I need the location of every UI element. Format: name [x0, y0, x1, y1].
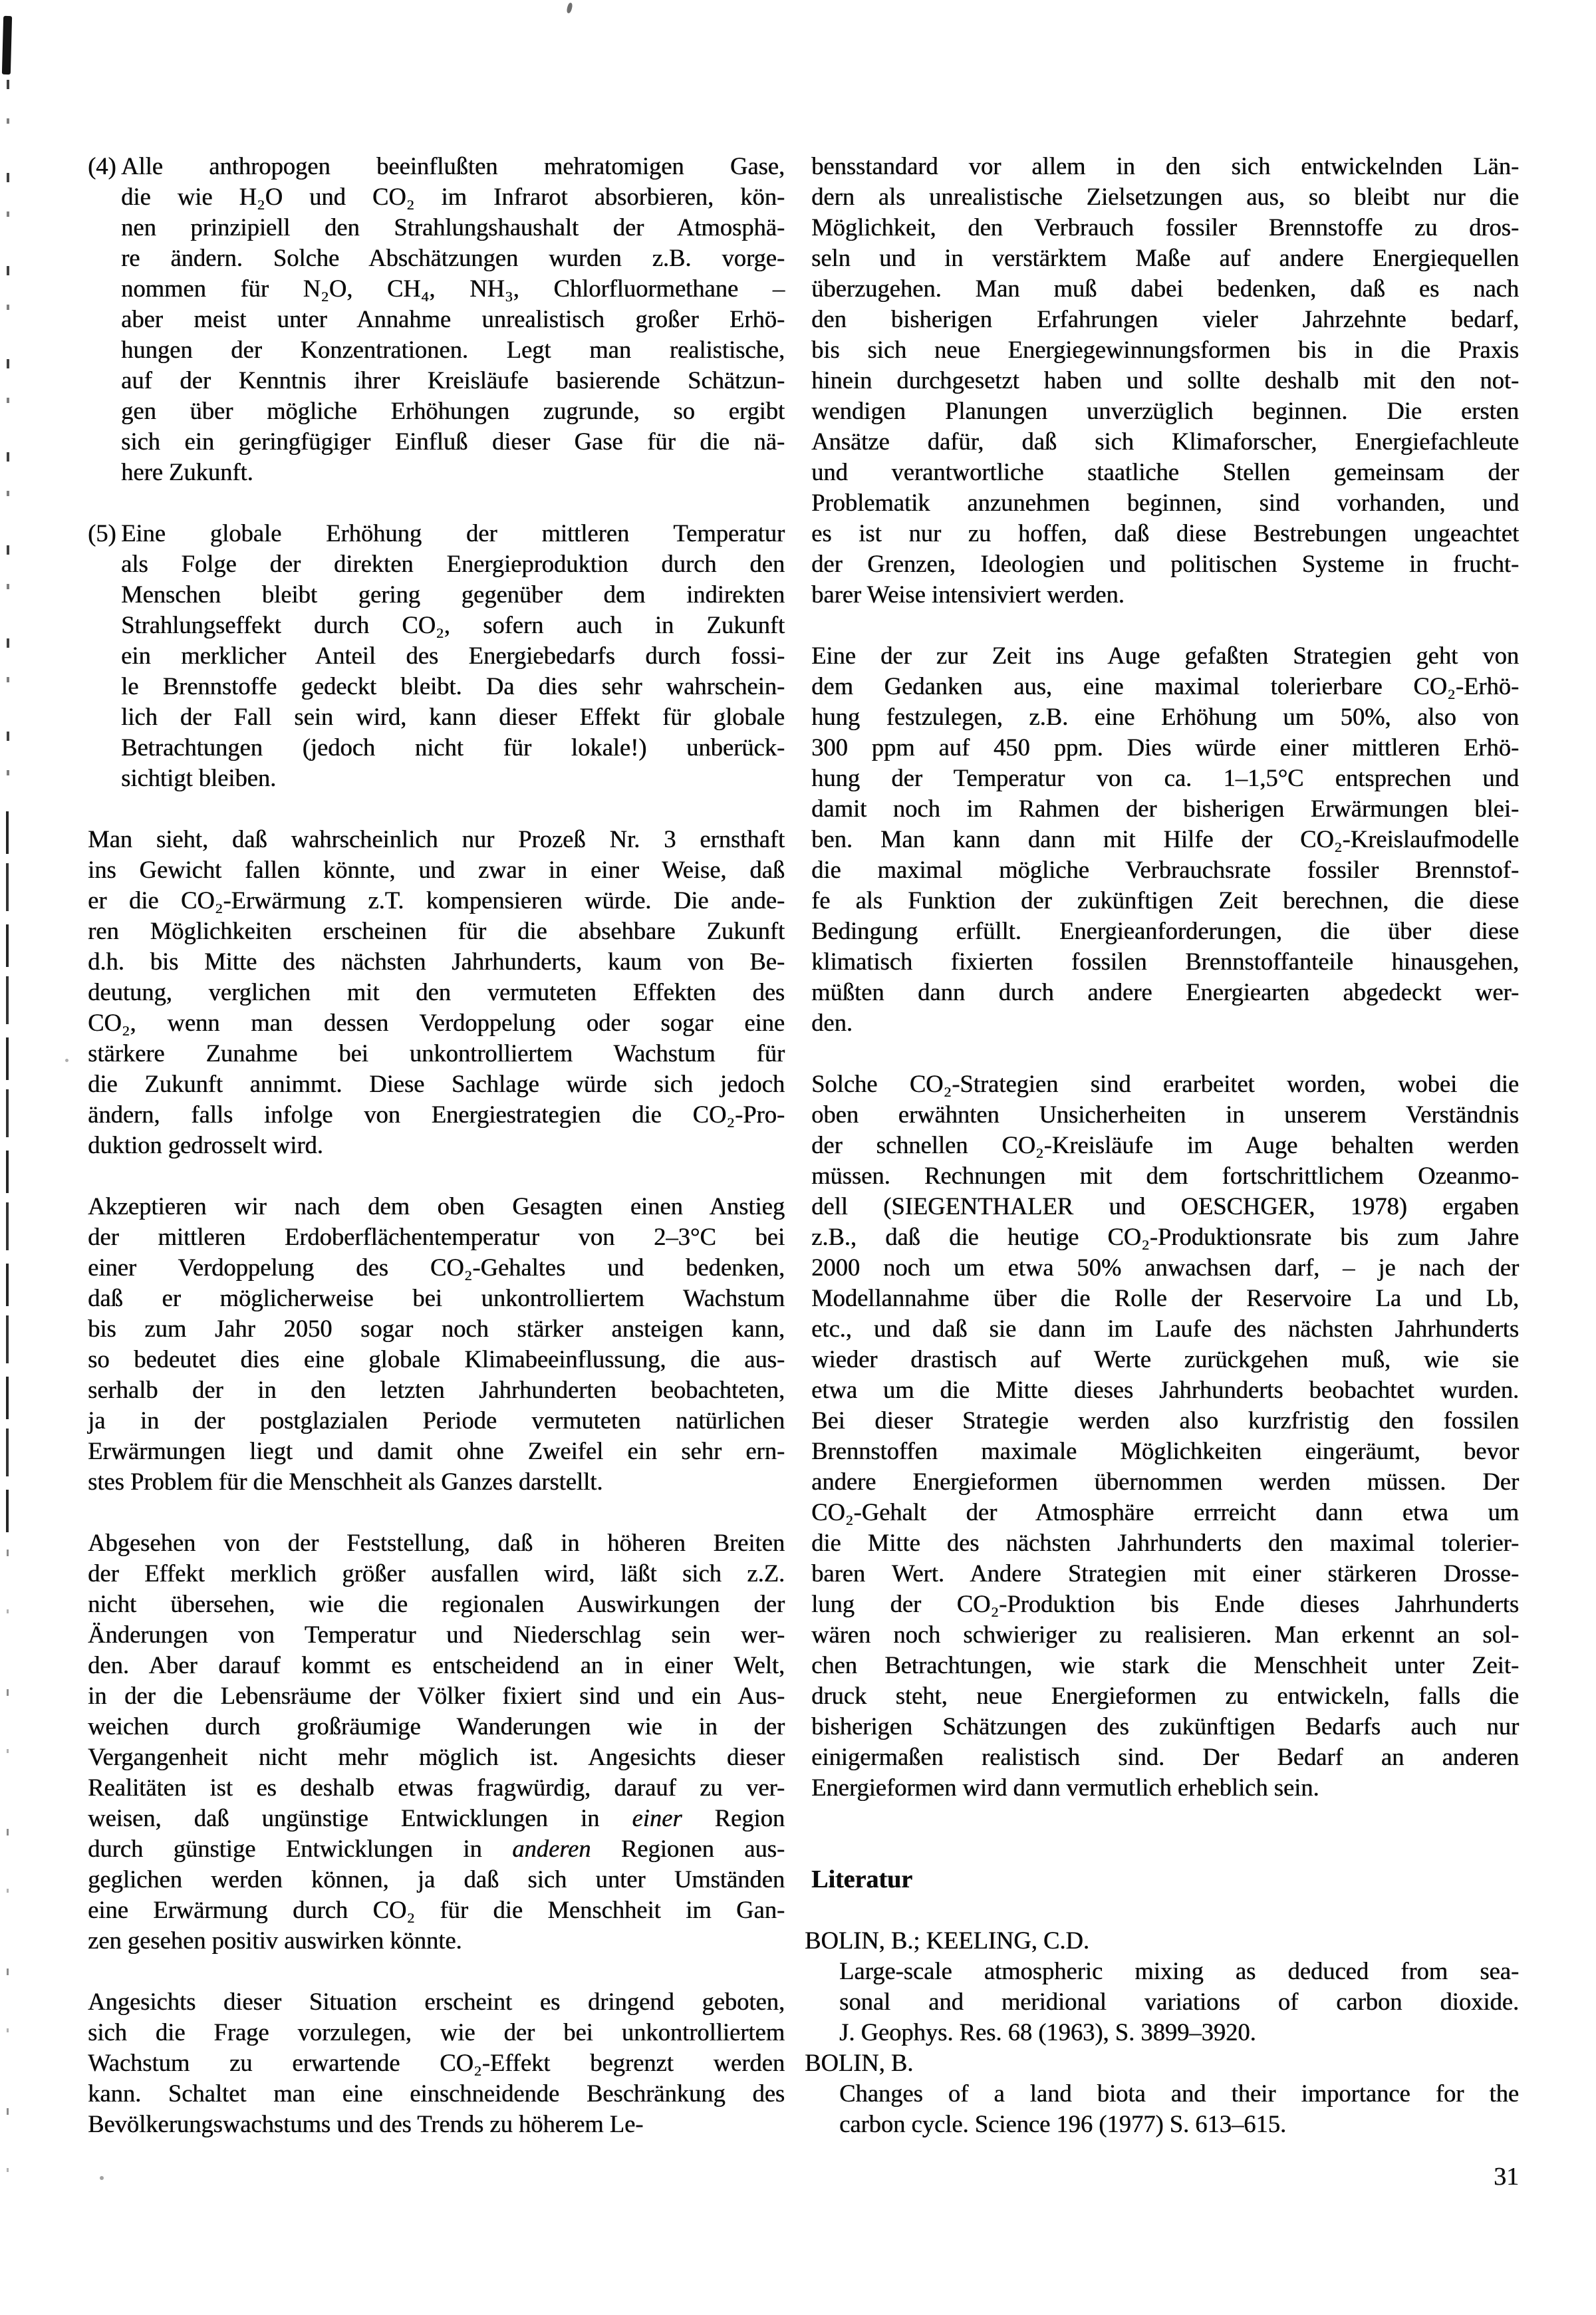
- reference-author: BOLIN, B.: [805, 2048, 1519, 2078]
- scan-artifact-tick: [566, 2, 573, 13]
- scan-artifact-dot: [100, 2176, 104, 2180]
- text-line: einigermaßen realistisch sind. Der Bedar…: [811, 1742, 1519, 1772]
- scan-artifact-dot: [65, 1059, 68, 1062]
- text-line: wären noch schwieriger zu realisieren. M…: [811, 1619, 1519, 1650]
- text-line: bis zum Jahr 2050 sogar noch stärker ans…: [88, 1313, 785, 1344]
- paragraph: bensstandard vor allem in den sich entwi…: [811, 151, 1519, 610]
- text-line: eine Erwärmung durch CO₂ für die Menschh…: [88, 1895, 785, 1925]
- text-line: serhalb der in den letzten Jahrhunderten…: [88, 1375, 785, 1405]
- text-line: er die CO₂-Erwärmung z.T. kompensieren w…: [88, 885, 785, 916]
- text-line: lung der CO₂-Produktion bis Ende dieses …: [811, 1589, 1519, 1619]
- text-line: geglichen werden können, ja daß sich unt…: [88, 1864, 785, 1895]
- text-line: druck steht, neue Energieformen zu entwi…: [811, 1681, 1519, 1711]
- text-line: weichen durch großräumige Wanderungen wi…: [88, 1711, 785, 1742]
- paragraph: Abgesehen von der Feststellung, daß in h…: [88, 1528, 785, 1956]
- text-line: aber meist unter Annahme unrealistisch g…: [121, 304, 785, 335]
- left-column: (4)Alle anthropogen beeinflußten mehrato…: [88, 151, 785, 2139]
- text-line: Akzeptieren wir nach dem oben Gesagten e…: [88, 1191, 785, 1222]
- text-line: wieder drastisch auf Werte zurückgehen m…: [811, 1344, 1519, 1375]
- text-line: dell (SIEGENTHALER und OESCHGER, 1978) e…: [811, 1191, 1519, 1222]
- text-line: oben erwähnten Unsicherheiten in unserem…: [811, 1099, 1519, 1130]
- text-line: Man sieht, daß wahrscheinlich nur Prozeß…: [88, 824, 785, 855]
- text-line: CO₂-Gehalt der Atmosphäre errreicht dann…: [811, 1497, 1519, 1528]
- text-line: 2000 noch um etwa 50% anwachsen darf, – …: [811, 1252, 1519, 1283]
- text-line: baren Wert. Andere Strategien mit einer …: [811, 1558, 1519, 1589]
- text-line: hinein durchgesetzt haben und sollte des…: [811, 365, 1519, 396]
- text-line: here Zukunft.: [121, 457, 785, 487]
- text-line: stärkere Zunahme bei unkontrolliertem Wa…: [88, 1038, 785, 1069]
- text-line: Änderungen von Temperatur und Niederschl…: [88, 1619, 785, 1650]
- text-line: die Mitte des nächsten Jahrhunderts den …: [811, 1528, 1519, 1558]
- text-line: in der die Lebensräume der Völker fixier…: [88, 1681, 785, 1711]
- text-line: klimatisch fixierten fossilen Brennstoff…: [811, 946, 1519, 977]
- reference-line: sonal and meridional variations of carbo…: [811, 1986, 1519, 2017]
- text-line: 300 ppm auf 450 ppm. Dies würde einer mi…: [811, 732, 1519, 763]
- text-line: sichtigt bleiben.: [121, 763, 785, 793]
- paragraph: Akzeptieren wir nach dem oben Gesagten e…: [88, 1191, 785, 1497]
- text-line: fe als Funktion der zukünftigen Zeit ber…: [811, 885, 1519, 916]
- text-line: d.h. bis Mitte des nächsten Jahrhunderts…: [88, 946, 785, 977]
- text-line: Alle anthropogen beeinflußten mehratomig…: [121, 151, 785, 182]
- text-line: seln und in verstärktem Maße auf andere …: [811, 243, 1519, 273]
- text-line: bis sich neue Energiegewinnungsformen bi…: [811, 335, 1519, 365]
- text-line: Bevölkerungswachstums und des Trends zu …: [88, 2109, 785, 2139]
- text-line: damit noch im Rahmen der bisherigen Erwä…: [811, 793, 1519, 824]
- text-line: kann. Schaltet man eine einschneidende B…: [88, 2078, 785, 2109]
- text-line: Vergangenheit nicht mehr möglich ist. An…: [88, 1742, 785, 1772]
- text-line: so bedeutet dies eine globale Klimabeein…: [88, 1344, 785, 1375]
- text-line: zen gesehen positiv auswirken könnte.: [88, 1925, 785, 1956]
- text-line: der schnellen CO₂-Kreisläufe im Auge beh…: [811, 1130, 1519, 1160]
- text-line: die maximal mögliche Verbrauchsrate foss…: [811, 855, 1519, 885]
- numbered-item: (5)Eine globale Erhöhung der mittleren T…: [88, 518, 785, 793]
- scan-artifact-streak: [7, 80, 9, 811]
- text-line: Modellannahme über die Rolle der Reservo…: [811, 1283, 1519, 1313]
- paragraph: Man sieht, daß wahrscheinlich nur Prozeß…: [88, 824, 785, 1160]
- text-line: re ändern. Solche Abschätzungen wurden z…: [121, 243, 785, 273]
- text-line: Möglichkeit, den Verbrauch fossiler Bren…: [811, 212, 1519, 243]
- text-line: Abgesehen von der Feststellung, daß in h…: [88, 1528, 785, 1558]
- text-line: die Zukunft annimmt. Diese Sachlage würd…: [88, 1069, 785, 1099]
- text-line: sich die Frage vorzulegen, wie der bei u…: [88, 2017, 785, 2048]
- reference-entry: BOLIN, B.; KEELING, C.D.Large-scale atmo…: [811, 1925, 1519, 2048]
- text-line: ein merklicher Anteil des Energiebedarfs…: [121, 640, 785, 671]
- text-line: Problematik anzunehmen beginnen, sind vo…: [811, 487, 1519, 518]
- text-line: auf der Kenntnis ihrer Kreisläufe basier…: [121, 365, 785, 396]
- text-line: den. Aber darauf kommt es entscheidend a…: [88, 1650, 785, 1681]
- text-line: als Folge der direkten Energieproduktion…: [121, 549, 785, 579]
- text-line: CO₂, wenn man dessen Verdoppelung oder s…: [88, 1008, 785, 1038]
- text-line: sich ein geringfügiger Einfluß dieser Ga…: [121, 426, 785, 457]
- scan-artifact-streak: [6, 811, 9, 1536]
- text-line: ändern, falls infolge von Energiestrateg…: [88, 1099, 785, 1130]
- text-line: hung festzulegen, z.B. eine Erhöhung um …: [811, 702, 1519, 732]
- paragraph: Eine der zur Zeit ins Auge gefaßten Stra…: [811, 640, 1519, 1038]
- paragraph: Solche CO₂-Strategien sind erarbeitet wo…: [811, 1069, 1519, 1803]
- text-line: die wie H₂O und CO₂ im Infrarot absorbie…: [121, 182, 785, 212]
- text-line: Angesichts dieser Situation erscheint es…: [88, 1986, 785, 2017]
- text-line: gen über mögliche Erhöhungen zugrunde, s…: [121, 396, 785, 426]
- text-line: duktion gedrosselt wird.: [88, 1130, 785, 1160]
- text-line: Solche CO₂-Strategien sind erarbeitet wo…: [811, 1069, 1519, 1099]
- text-line: dem Gedanken aus, eine maximal tolerierb…: [811, 671, 1519, 702]
- text-line: dern als unrealistische Zielsetzungen au…: [811, 182, 1519, 212]
- text-line: Erwärmungen liegt und damit ohne Zweifel…: [88, 1436, 785, 1466]
- text-line: deutung, verglichen mit den vermuteten E…: [88, 977, 785, 1008]
- text-line: andere Energieformen übernommen werden m…: [811, 1466, 1519, 1497]
- text-line: bensstandard vor allem in den sich entwi…: [811, 151, 1519, 182]
- text-line: nicht übersehen, wie die regionalen Ausw…: [88, 1589, 785, 1619]
- item-number: (5): [88, 518, 121, 549]
- text-line: Strahlungseffekt durch CO₂, sofern auch …: [121, 610, 785, 640]
- text-line: Eine der zur Zeit ins Auge gefaßten Stra…: [811, 640, 1519, 671]
- reference-line: Changes of a land biota and their import…: [811, 2078, 1519, 2109]
- text-line: ja in der postglazialen Periode vermutet…: [88, 1405, 785, 1436]
- paragraph: Angesichts dieser Situation erscheint es…: [88, 1986, 785, 2139]
- text-line: ins Gewicht fallen könnte, und zwar in e…: [88, 855, 785, 885]
- text-line: der Effekt merklich größer ausfallen wir…: [88, 1558, 785, 1589]
- numbered-item: (4)Alle anthropogen beeinflußten mehrato…: [88, 151, 785, 487]
- text-line: Menschen bleibt gering gegenüber dem ind…: [121, 579, 785, 610]
- text-line: durch günstige Entwicklungen in anderen …: [88, 1834, 785, 1864]
- text-line: müßten dann durch andere Energiearten ab…: [811, 977, 1519, 1008]
- text-line: Betrachtungen (jedoch nicht für lokale!)…: [121, 732, 785, 763]
- text-line: chen Betrachtungen, wie stark die Mensch…: [811, 1650, 1519, 1681]
- text-line: le Brennstoffe gedeckt bleibt. Da dies s…: [121, 671, 785, 702]
- reference-line: carbon cycle. Science 196 (1977) S. 613–…: [811, 2109, 1519, 2139]
- text-line: der mittleren Erdoberflächentemperatur v…: [88, 1222, 785, 1252]
- text-line: Bei dieser Strategie werden also kurzfri…: [811, 1405, 1519, 1436]
- text-line: z.B., daß die heutige CO₂-Produktionsrat…: [811, 1222, 1519, 1252]
- right-column: bensstandard vor allem in den sich entwi…: [811, 151, 1519, 2139]
- text-line: und verantwortliche staatliche Stellen g…: [811, 457, 1519, 487]
- text-line: Eine globale Erhöhung der mittleren Temp…: [121, 518, 785, 549]
- scan-artifact-blob: [2, 16, 12, 74]
- document-page: (4)Alle anthropogen beeinflußten mehrato…: [0, 0, 1596, 2315]
- text-line: hungen der Konzentrationen. Legt man rea…: [121, 335, 785, 365]
- text-line: müssen. Rechnungen mit dem fortschrittli…: [811, 1160, 1519, 1191]
- item-number: (4): [88, 151, 121, 182]
- text-line: Realitäten ist es deshalb etwas fragwürd…: [88, 1772, 785, 1803]
- text-line: hung der Temperatur von ca. 1–1,5°C ents…: [811, 763, 1519, 793]
- text-line: weisen, daß ungünstige Entwicklungen in …: [88, 1803, 785, 1834]
- reference-entry: BOLIN, B.Changes of a land biota and the…: [811, 2048, 1519, 2139]
- text-line: bisherigen Schätzungen des zukünftigen B…: [811, 1711, 1519, 1742]
- text-line: Brennstoffen maximale Möglichkeiten eing…: [811, 1436, 1519, 1466]
- text-line: der Grenzen, Ideologien und politischen …: [811, 549, 1519, 579]
- literatur-heading: Literatur: [811, 1864, 1519, 1895]
- text-line: lich der Fall sein wird, kann dieser Eff…: [121, 702, 785, 732]
- text-line: den.: [811, 1008, 1519, 1038]
- text-line: nen prinzipiell den Strahlungshaushalt d…: [121, 212, 785, 243]
- text-line: Ansätze dafür, daß sich Klimaforscher, E…: [811, 426, 1519, 457]
- text-line: barer Weise intensiviert werden.: [811, 579, 1519, 610]
- text-line: wendigen Planungen unverzüglich beginnen…: [811, 396, 1519, 426]
- text-line: etc., und daß sie dann im Laufe des näch…: [811, 1313, 1519, 1344]
- reference-list: BOLIN, B.; KEELING, C.D.Large-scale atmo…: [811, 1925, 1519, 2139]
- text-line: Bedingung erfüllt. Energieanforderungen,…: [811, 916, 1519, 946]
- text-line: daß er möglicherweise bei unkontrolliert…: [88, 1283, 785, 1313]
- text-line: überzugehen. Man muß dabei bedenken, daß…: [811, 273, 1519, 304]
- reference-line: Large-scale atmospheric mixing as deduce…: [811, 1956, 1519, 1986]
- text-line: ren Möglichkeiten erscheinen für die abs…: [88, 916, 785, 946]
- text-line: nommen für N₂O, CH₄, NH₃, Chlorfluormeth…: [121, 273, 785, 304]
- text-line: stes Problem für die Menschheit als Ganz…: [88, 1466, 785, 1497]
- scan-artifact-streak: [7, 1550, 9, 2181]
- text-line: es ist nur zu hoffen, daß diese Bestrebu…: [811, 518, 1519, 549]
- text-line: einer Verdoppelung des CO₂-Gehaltes und …: [88, 1252, 785, 1283]
- text-line: etwa um die Mitte dieses Jahrhunderts be…: [811, 1375, 1519, 1405]
- text-line: den bisherigen Erfahrungen vieler Jahrze…: [811, 304, 1519, 335]
- text-line: Energieformen wird dann vermutlich erheb…: [811, 1772, 1519, 1803]
- reference-author: BOLIN, B.; KEELING, C.D.: [805, 1925, 1519, 1956]
- text-line: Wachstum zu erwartende CO₂-Effekt begren…: [88, 2048, 785, 2078]
- reference-line: J. Geophys. Res. 68 (1963), S. 3899–3920…: [811, 2017, 1519, 2048]
- page-number: 31: [1383, 2161, 1519, 2192]
- text-line: ben. Man kann dann mit Hilfe der CO₂-Kre…: [811, 824, 1519, 855]
